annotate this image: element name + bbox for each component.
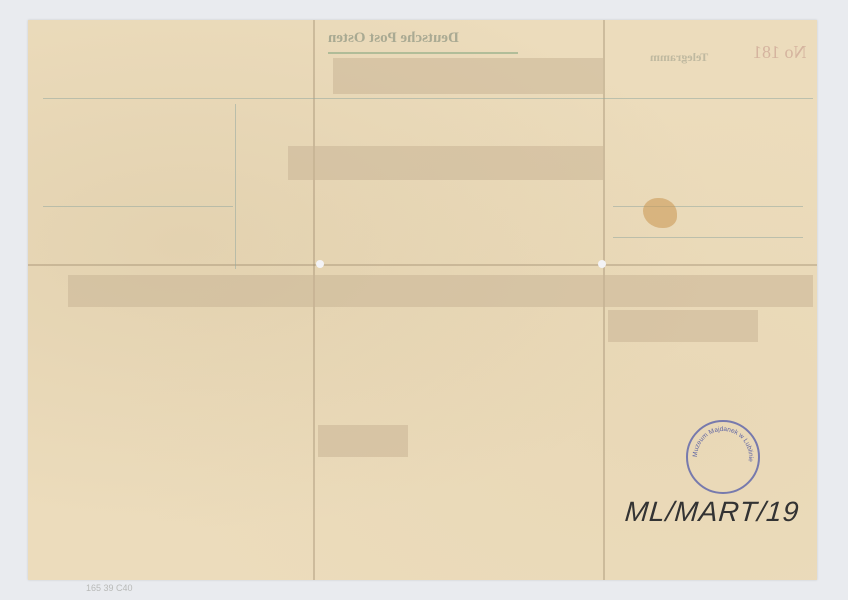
form-rule bbox=[43, 206, 233, 207]
form-rule bbox=[43, 98, 813, 99]
form-rule bbox=[613, 206, 803, 207]
header-underline bbox=[328, 52, 518, 54]
tape-residue bbox=[288, 146, 603, 180]
form-rule bbox=[235, 104, 236, 269]
horizontal-fold bbox=[28, 264, 817, 266]
header-bleed-through: Deutsche Post Osten bbox=[328, 30, 459, 47]
archive-signature: ML/MART/19 bbox=[624, 496, 801, 528]
punch-hole bbox=[598, 260, 606, 268]
stamp-ring-text: Muzeum Majdanek w Lublinie bbox=[688, 422, 758, 492]
title-bleed-through: Telegramm bbox=[650, 50, 708, 65]
form-code: 165 39 C40 bbox=[86, 583, 133, 593]
tape-residue bbox=[318, 425, 408, 457]
tape-residue bbox=[333, 58, 603, 94]
tape-residue bbox=[608, 310, 758, 342]
punch-hole bbox=[316, 260, 324, 268]
svg-text:Muzeum Majdanek w Lublinie: Muzeum Majdanek w Lublinie bbox=[692, 426, 754, 463]
tape-residue bbox=[68, 275, 813, 307]
museum-stamp: Muzeum Majdanek w Lublinie bbox=[686, 420, 760, 494]
stain bbox=[643, 198, 677, 228]
number-bleed-through: No 181 bbox=[753, 42, 807, 63]
form-rule bbox=[613, 237, 803, 238]
